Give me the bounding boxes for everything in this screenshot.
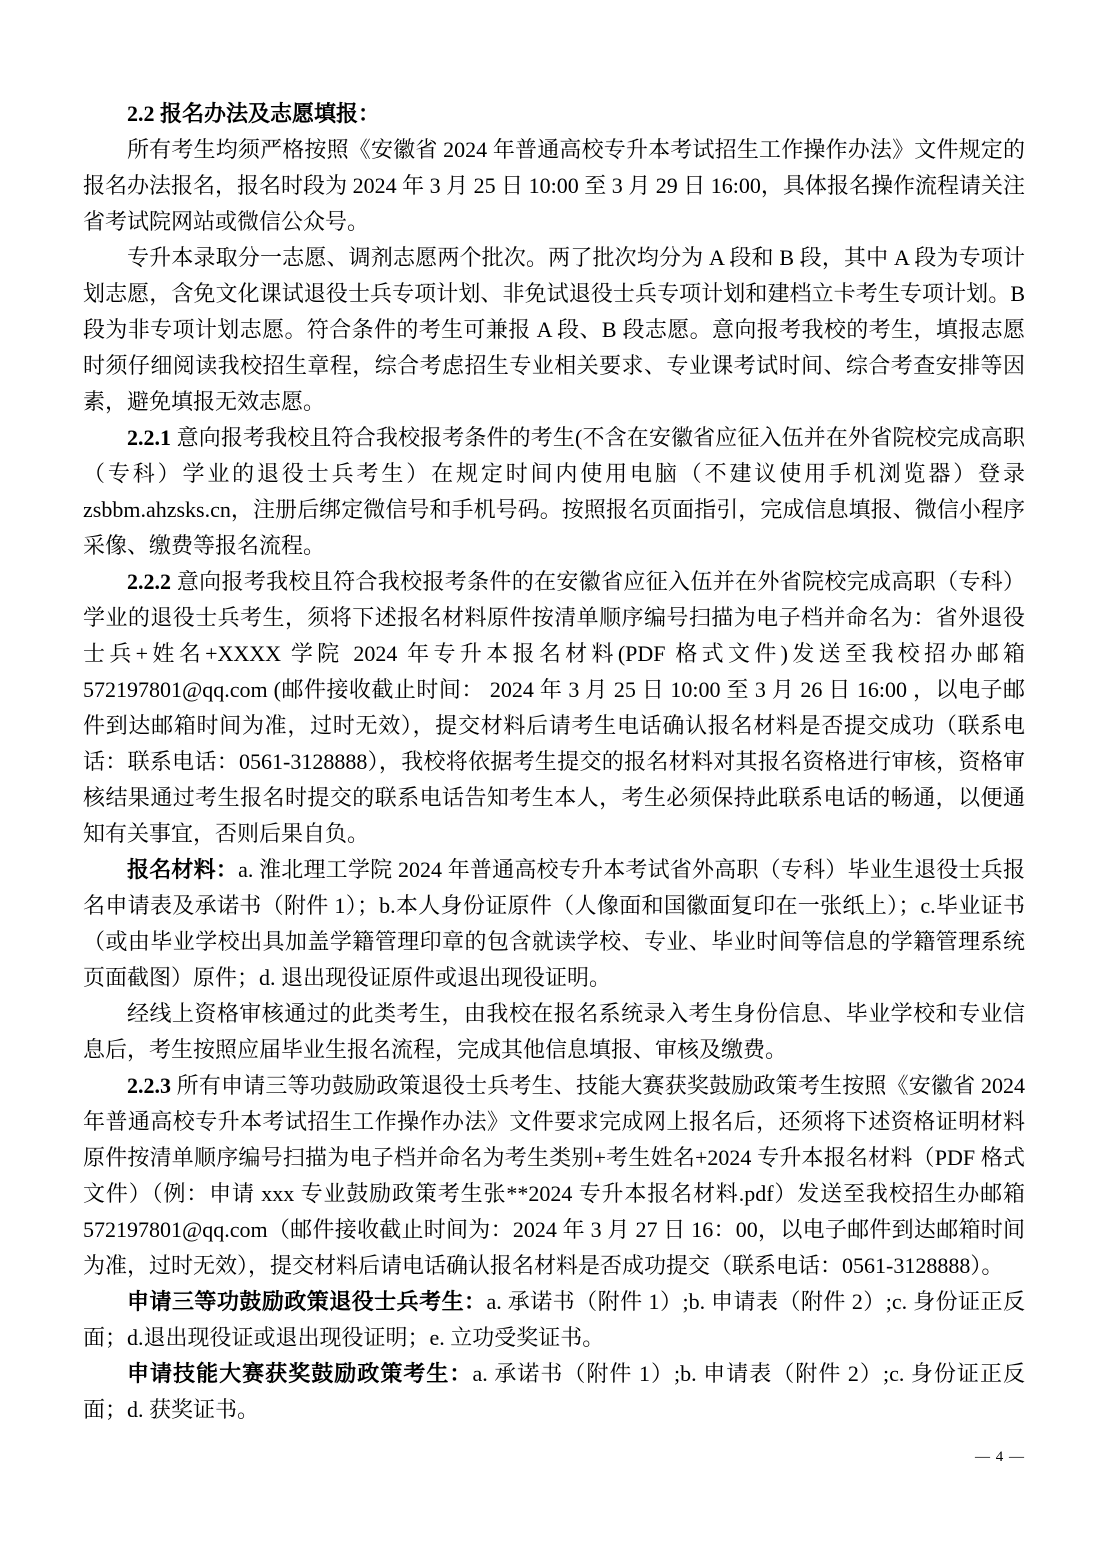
text-run: 意向报考我校且符合我校报考条件的在安徽省应征入伍并在外省院校完成高职（专科）学业… bbox=[83, 569, 1025, 846]
paragraph: 申请技能大赛获奖鼓励政策考生：a. 承诺书（附件 1）;b. 申请表（附件 2）… bbox=[83, 1356, 1025, 1428]
paragraph: 申请三等功鼓励政策退役士兵考生：a. 承诺书（附件 1）;b. 申请表（附件 2… bbox=[83, 1284, 1025, 1356]
paragraph: 所有考生均须严格按照《安徽省 2024 年普通高校专升本考试招生工作操作办法》文… bbox=[83, 132, 1025, 240]
bold-run: 2.2.1 bbox=[127, 425, 171, 450]
bold-run: 申请三等功鼓励政策退役士兵考生： bbox=[127, 1289, 487, 1314]
text-run: 专升本录取分一志愿、调剂志愿两个批次。两了批次均分为 A 段和 B 段，其中 A… bbox=[83, 245, 1025, 414]
paragraph: 2.2.3 所有申请三等功鼓励政策退役士兵考生、技能大赛获奖鼓励政策考生按照《安… bbox=[83, 1068, 1025, 1284]
paragraph: 报名材料：a. 淮北理工学院 2024 年普通高校专升本考试省外高职（专科）毕业… bbox=[83, 852, 1025, 996]
paragraph: 2.2 报名办法及志愿填报： bbox=[83, 96, 1025, 132]
paragraph: 2.2.2 意向报考我校且符合我校报考条件的在安徽省应征入伍并在外省院校完成高职… bbox=[83, 564, 1025, 852]
paragraph: 经线上资格审核通过的此类考生，由我校在报名系统录入考生身份信息、毕业学校和专业信… bbox=[83, 996, 1025, 1068]
bold-run: 报名材料： bbox=[127, 857, 238, 882]
bold-run: 2.2.3 bbox=[127, 1073, 171, 1098]
text-run: 意向报考我校且符合我校报考条件的考生(不含在安徽省应征入伍并在外省院校完成高职（… bbox=[83, 425, 1025, 558]
bold-run: 2.2 报名办法及志愿填报： bbox=[127, 101, 380, 126]
text-run: 经线上资格审核通过的此类考生，由我校在报名系统录入考生身份信息、毕业学校和专业信… bbox=[83, 1001, 1025, 1062]
document-page: 2.2 报名办法及志愿填报：所有考生均须严格按照《安徽省 2024 年普通高校专… bbox=[0, 0, 1102, 1559]
bold-run: 申请技能大赛获奖鼓励政策考生： bbox=[127, 1361, 472, 1386]
bold-run: 2.2.2 bbox=[127, 569, 171, 594]
paragraph: 2.2.1 意向报考我校且符合我校报考条件的考生(不含在安徽省应征入伍并在外省院… bbox=[83, 420, 1025, 564]
text-run: 所有申请三等功鼓励政策退役士兵考生、技能大赛获奖鼓励政策考生按照《安徽省 202… bbox=[83, 1073, 1025, 1278]
paragraph: 专升本录取分一志愿、调剂志愿两个批次。两了批次均分为 A 段和 B 段，其中 A… bbox=[83, 240, 1025, 420]
document-body: 2.2 报名办法及志愿填报：所有考生均须严格按照《安徽省 2024 年普通高校专… bbox=[83, 96, 1025, 1428]
text-run: 所有考生均须严格按照《安徽省 2024 年普通高校专升本考试招生工作操作办法》文… bbox=[83, 137, 1025, 234]
page-number: — 4 — bbox=[83, 1447, 1025, 1467]
